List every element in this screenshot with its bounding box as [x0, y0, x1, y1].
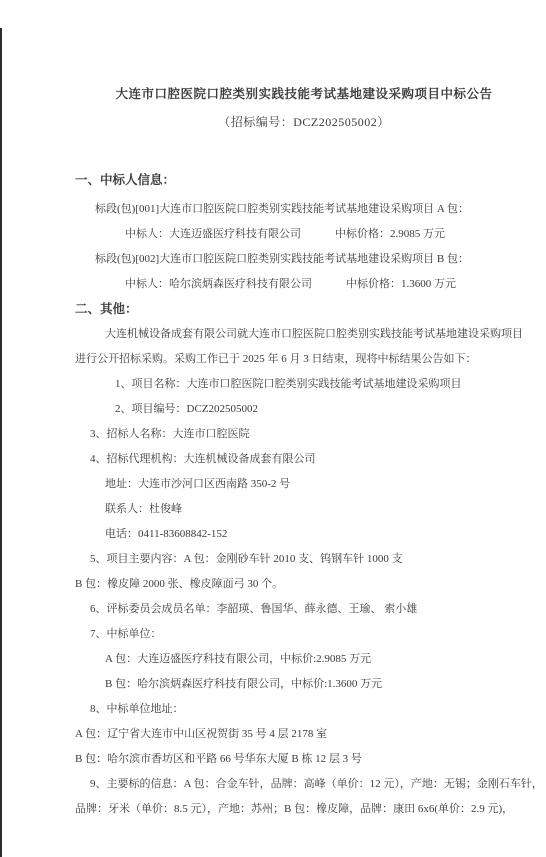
item-agency-name: 4、招标代理机构：大连机械设备成套有限公司 [90, 447, 533, 472]
item-project-number: 2、项目编号：DCZ202505002 [115, 397, 533, 422]
item-subject-info-continued: 品牌：牙米（单价：8.5 元），产地：苏州；B 包：橡皮障，品牌：康田 6x6(… [75, 797, 533, 822]
lot-2-result-line: 中标人：哈尔滨炳森医疗科技有限公司中标价格：1.3600 万元 [125, 272, 533, 297]
item-main-content: 5、项目主要内容：A 包：金刚砂车针 2010 支、钨钢车针 1000 支 [90, 547, 533, 572]
lot-1-price: 中标价格：2.9085 万元 [335, 228, 445, 240]
winner-package-a: A 包：大连迈盛医疗科技有限公司，中标价:2.9085 万元 [105, 647, 533, 672]
scan-edge-artifact [0, 28, 2, 857]
lot-2-winner: 中标人：哈尔滨炳森医疗科技有限公司 [125, 278, 312, 290]
document-subtitle: （招标编号：DCZ202505002） [75, 112, 533, 132]
winner-b-address: B 包：哈尔滨市香坊区和平路 66 号华东大厦 B 栋 12 层 3 号 [75, 747, 533, 772]
lot-1-line: 标段(包)[001]大连市口腔医院口腔类别实践技能考试基地建设采购项目 A 包： [95, 197, 533, 222]
document-title: 大连市口腔医院口腔类别实践技能考试基地建设采购项目中标公告 [75, 84, 533, 104]
item-winner-addresses: 8、中标单位地址： [90, 697, 533, 722]
lot-2-line: 标段(包)[002]大连市口腔医院口腔类别实践技能考试基地建设采购项目 B 包： [95, 247, 533, 272]
item-winning-bidders: 7、中标单位： [90, 622, 533, 647]
other-info-items: 1、项目名称：大连市口腔医院口腔类别实践技能考试基地建设采购项目2、项目编号：D… [75, 372, 533, 822]
item-tenderee-name: 3、招标人名称：大连市口腔医院 [90, 422, 533, 447]
section-1-heading: 一、中标人信息： [75, 168, 533, 193]
item-main-content-continued: B 包：橡皮障 2000 张、橡皮障面弓 30 个。 [75, 572, 533, 597]
agency-address: 地址：大连市沙河口区西南路 350-2 号 [105, 472, 533, 497]
intro-line-1: 大连机械设备成套有限公司就大连市口腔医院口腔类别实践技能考试基地建设采购项目 [105, 322, 533, 347]
lot-1-result-line: 中标人：大连迈盛医疗科技有限公司中标价格：2.9085 万元 [125, 222, 533, 247]
winner-package-b: B 包：哈尔滨炳森医疗科技有限公司，中标价:1.3600 万元 [105, 672, 533, 697]
item-project-name: 1、项目名称：大连市口腔医院口腔类别实践技能考试基地建设采购项目 [115, 372, 533, 397]
agency-phone: 电话：0411-83608842-152 [105, 522, 533, 547]
lot-1-winner: 中标人：大连迈盛医疗科技有限公司 [125, 228, 301, 240]
scanned-document-page: 大连市口腔医院口腔类别实践技能考试基地建设采购项目中标公告 （招标编号：DCZ2… [0, 0, 546, 857]
intro-line-2: 进行公开招标采购。采购工作已于 2025 年 6 月 3 日结束，现将中标结果公… [75, 347, 533, 372]
winning-bidder-info-block: 标段(包)[001]大连市口腔医院口腔类别实践技能考试基地建设采购项目 A 包：… [75, 197, 533, 297]
section-2-heading: 二、其他： [75, 297, 533, 322]
lot-2-price: 中标价格：1.3600 万元 [346, 278, 456, 290]
winner-a-address: A 包：辽宁省大连市中山区祝贺街 35 号 4 层 2178 室 [75, 722, 533, 747]
item-evaluation-committee: 6、评标委员会成员名单：李韶瑛、鲁国华、薛永德、王瑜、 索小雄 [90, 597, 533, 622]
item-subject-info: 9、主要标的信息：A 包：合金车针，品牌：高峰（单价：12 元），产地：无锡；金… [90, 772, 533, 797]
agency-contact-person: 联系人：杜俊峰 [105, 497, 533, 522]
